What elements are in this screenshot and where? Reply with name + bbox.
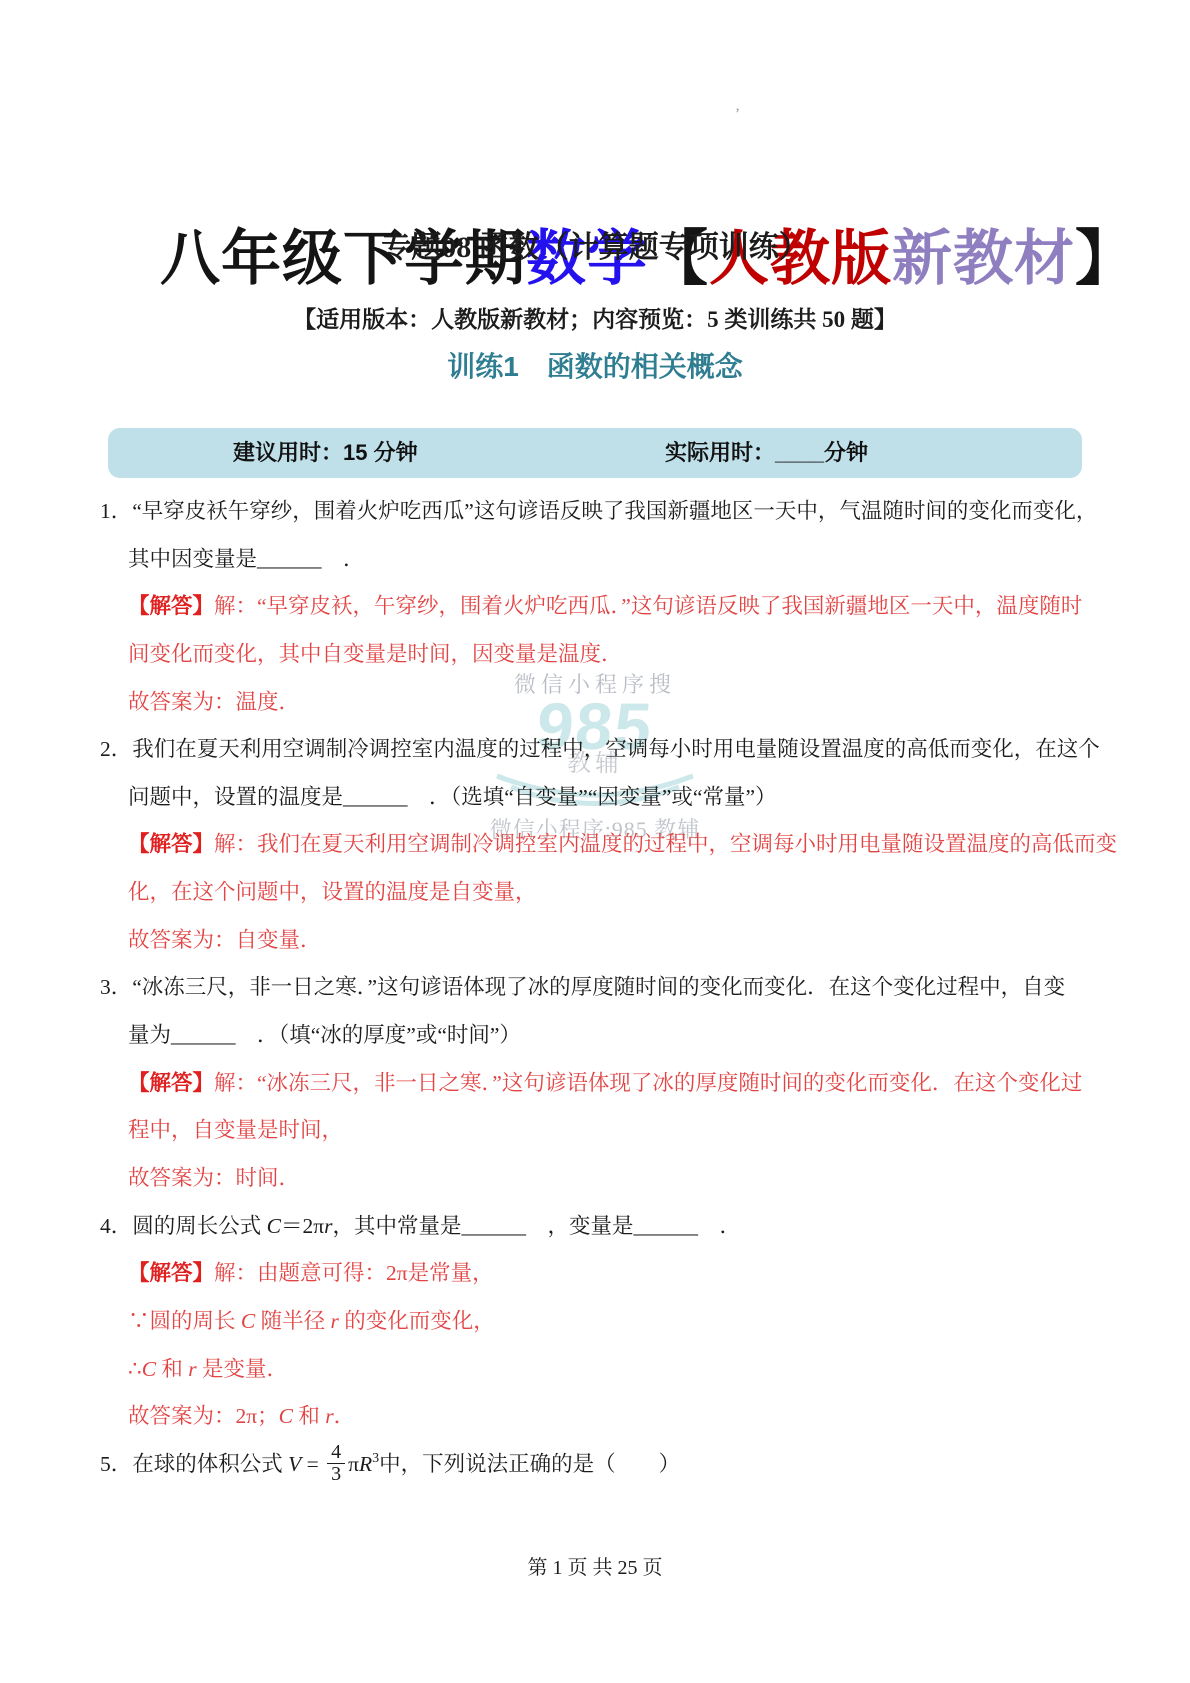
text-segment: 化，在这个问题中，设置的温度是自变量， (128, 880, 537, 904)
text-segment: 间变化而变化，其中自变量是时间，因变量是温度． (128, 642, 623, 666)
text-segment: 2．我们在夏天利用空调制冷调控室内温度的过程中，空调每小时用电量随设置温度的高低… (100, 737, 1100, 761)
question-line: 5．在球的体积公式 V = 43πR3中，下列说法正确的是（ ） (100, 1441, 1092, 1489)
text-segment: 故答案为：温度． (128, 690, 300, 714)
text-segment: 5．在球的体积公式 (100, 1452, 288, 1476)
text-segment: 和 (156, 1357, 188, 1381)
text-segment: 解：我们在夏天利用空调制冷调控室内温度的过程中，空调每小时用电量随设置温度的高低… (214, 832, 1117, 856)
text-segment: ＝2π (281, 1214, 324, 1238)
text-segment: C (267, 1214, 281, 1238)
text-segment: 解：“早穿皮袄，午穿纱，围着火炉吃西瓜．”这句谚语反映了我国新疆地区一天中，温度… (214, 594, 1082, 618)
text-segment: π (348, 1452, 359, 1476)
text-segment: 量为______ ．（填“冰的厚度”或“时间”） (128, 1023, 521, 1047)
question-line: 问题中，设置的温度是______ ．（选填“自变量”“因变量”或“常量”） (100, 774, 1092, 822)
fraction: 43 (327, 1442, 345, 1485)
text-segment: ∴ (128, 1357, 142, 1381)
answer-line: 故答案为：2π；C 和 r． (100, 1393, 1092, 1441)
text-segment: r (331, 1309, 339, 1333)
answer-line: 【解答】解：“冰冻三尺，非一日之寒．”这句谚语体现了冰的厚度随时间的变化而变化．… (100, 1060, 1092, 1108)
answer-line: 间变化而变化，其中自变量是时间，因变量是温度． (100, 631, 1092, 679)
text-segment: 【解答】 (128, 1071, 214, 1095)
text-segment: 解：“冰冻三尺，非一日之寒．”这句谚语体现了冰的厚度随时间的变化而变化．在这个变… (214, 1071, 1082, 1095)
worksheet-page: 微信小程序搜 985 教辅 微信小程序:985 教辅 ’ 八年级下学期数学【人教… (0, 0, 1190, 1683)
text-segment: 中，下列说法正确的是（ ） (379, 1452, 680, 1476)
answer-line: 【解答】解：我们在夏天利用空调制冷调控室内温度的过程中，空调每小时用电量随设置温… (100, 821, 1092, 869)
text-segment: = (301, 1452, 324, 1476)
actual-time-label: 实际用时：____分钟 (665, 428, 868, 478)
answer-line: 程中，自变量是时间， (100, 1107, 1092, 1155)
answer-line: 故答案为：时间． (100, 1155, 1092, 1203)
text-segment: 故答案为：2π； (128, 1404, 279, 1428)
text-segment: 问题中，设置的温度是______ ．（选填“自变量”“因变量”或“常量”） (128, 785, 777, 809)
text-segment: C (241, 1309, 255, 1333)
text-segment: ，其中常量是______ ，变量是______ ． (332, 1214, 741, 1238)
text-segment: ． (334, 1404, 356, 1428)
text-segment: 【解答】 (128, 1261, 214, 1285)
text-segment: 【解答】 (128, 832, 214, 856)
question-line: 其中因变量是______ ． (100, 536, 1092, 584)
text-segment: 的变化而变化， (339, 1309, 495, 1333)
answer-line: ∴C 和 r 是变量． (100, 1346, 1092, 1394)
text-segment: 解：由题意可得：2π是常量， (214, 1261, 494, 1285)
text-segment: C (279, 1404, 293, 1428)
topic-subtitle: 专题08 函数（计算题专项训练） (0, 228, 1190, 268)
time-banner: 建议用时：15 分钟 实际用时：____分钟 (108, 428, 1082, 478)
answer-line: 故答案为：温度． (100, 679, 1092, 727)
section-heading: 训练1 函数的相关概念 (0, 348, 1190, 386)
answer-line: 故答案为：自变量． (100, 917, 1092, 965)
question-line: 1．“早穿皮袄午穿纱，围着火炉吃西瓜”这句谚语反映了我国新疆地区一天中，气温随时… (100, 488, 1092, 536)
text-segment: 4．圆的周长公式 (100, 1214, 267, 1238)
text-segment: R (359, 1452, 372, 1476)
text-segment: 1．“早穿皮袄午穿纱，围着火炉吃西瓜”这句谚语反映了我国新疆地区一天中，气温随时… (100, 499, 1097, 523)
question-lines: 1．“早穿皮袄午穿纱，围着火炉吃西瓜”这句谚语反映了我国新疆地区一天中，气温随时… (100, 488, 1092, 1488)
answer-line: 化，在这个问题中，设置的温度是自变量， (100, 869, 1092, 917)
text-segment: 随半径 (255, 1309, 330, 1333)
text-segment: r (325, 1404, 333, 1428)
question-line: 3．“冰冻三尺，非一日之寒．”这句谚语体现了冰的厚度随时间的变化而变化．在这个变… (100, 964, 1092, 1012)
text-segment: 和 (293, 1404, 325, 1428)
text-segment: 其中因变量是______ ． (128, 547, 365, 571)
answer-line: 【解答】解：“早穿皮袄，午穿纱，围着火炉吃西瓜．”这句谚语反映了我国新疆地区一天… (100, 583, 1092, 631)
question-line: 2．我们在夏天利用空调制冷调控室内温度的过程中，空调每小时用电量随设置温度的高低… (100, 726, 1092, 774)
answer-line: ∵圆的周长 C 随半径 r 的变化而变化， (100, 1298, 1092, 1346)
text-segment: 【解答】 (128, 594, 214, 618)
question-line: 4．圆的周长公式 C＝2πr，其中常量是______ ，变量是______ ． (100, 1203, 1092, 1251)
page-number: 第 1 页 共 25 页 (0, 1554, 1190, 1582)
text-segment: C (142, 1357, 156, 1381)
text-segment: 程中，自变量是时间， (128, 1118, 343, 1142)
text-segment: 是变量． (197, 1357, 288, 1381)
text-segment: ∵圆的周长 (128, 1309, 241, 1333)
question-line: 量为______ ．（填“冰的厚度”或“时间”） (100, 1012, 1092, 1060)
suggested-time-label: 建议用时：15 分钟 (233, 428, 418, 478)
text-segment: r (188, 1357, 196, 1381)
version-note: 【适用版本：人教版新教材；内容预览：5 类训练共 50 题】 (0, 304, 1190, 336)
stray-mark: ’ (735, 106, 740, 123)
answer-line: 【解答】解：由题意可得：2π是常量， (100, 1250, 1092, 1298)
text-segment: 故答案为：时间． (128, 1166, 300, 1190)
text-segment: V (288, 1452, 301, 1476)
text-segment: 3．“冰冻三尺，非一日之寒．”这句谚语体现了冰的厚度随时间的变化而变化．在这个变… (100, 975, 1065, 999)
text-segment: 故答案为：自变量． (128, 928, 322, 952)
